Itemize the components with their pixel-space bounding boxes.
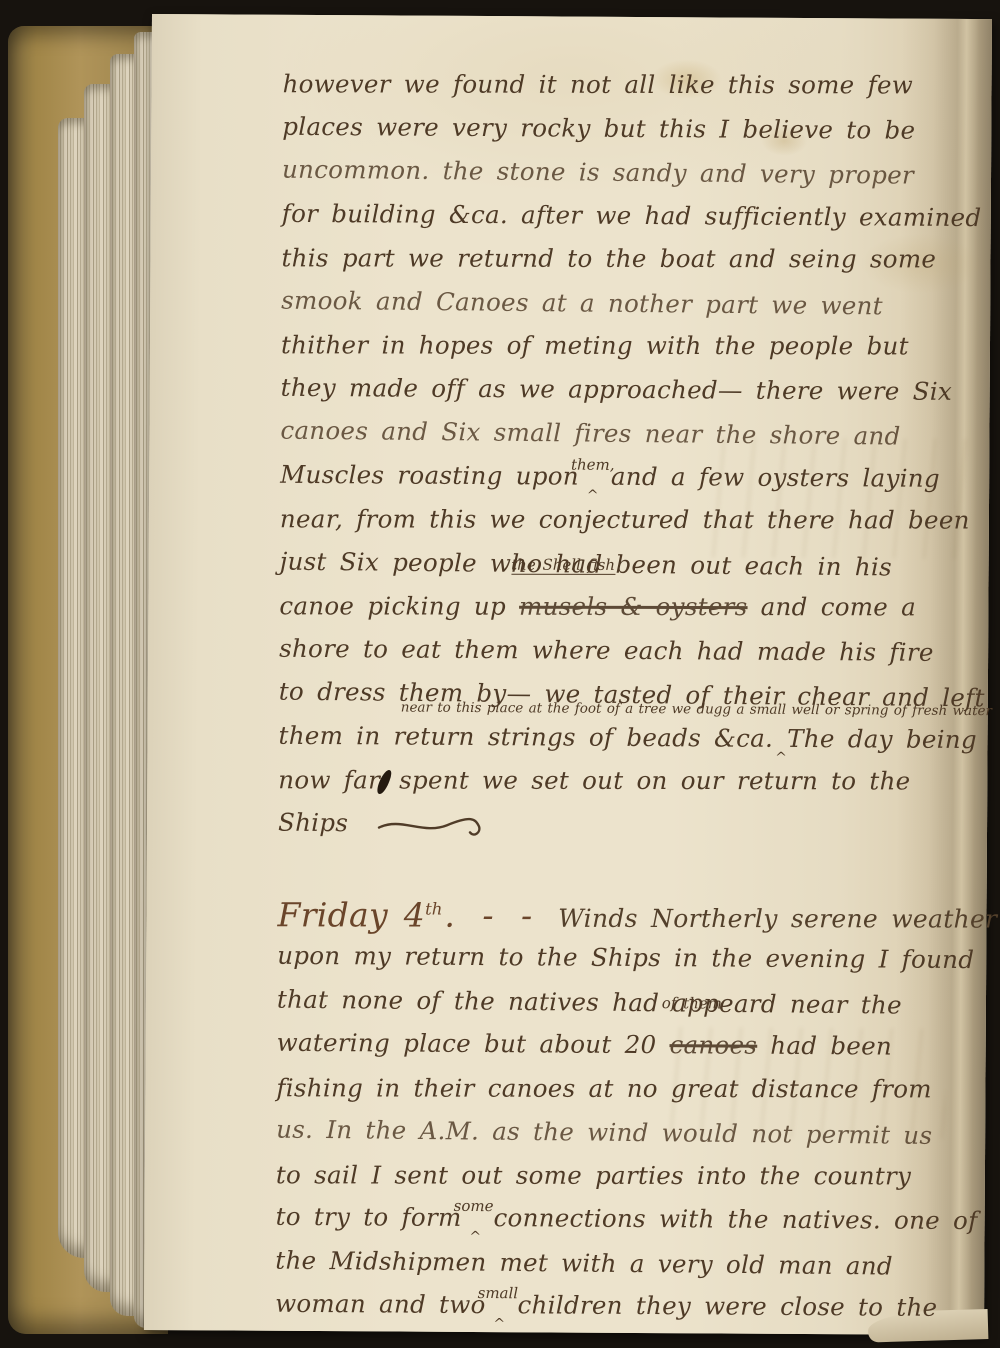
entry-date: Friday 4 xyxy=(277,895,425,934)
manuscript-line: uncommon. the stone is sandy and very pr… xyxy=(282,148,972,198)
caret-mark: ^ xyxy=(493,1317,505,1331)
strikethrough-text: musels & oysters xyxy=(519,592,748,621)
manuscript-line: to sail I sent out some parties into the… xyxy=(276,1153,966,1198)
manuscript-line: woman and twosmall^children they were cl… xyxy=(275,1282,965,1330)
manuscript-line: places were very rocky but this I believ… xyxy=(282,104,972,152)
manuscript-line: smook and Canoes at a nother part we wen… xyxy=(281,278,971,328)
manuscript-line: Muscles roasting uponthem,^and a few oys… xyxy=(280,452,970,500)
manuscript-line: for building &ca. after we had sufficien… xyxy=(282,191,972,239)
line-text: to try to form xyxy=(276,1202,462,1232)
line-text: Muscles roasting upon xyxy=(280,459,579,490)
manuscript-page: however we found it not all like this so… xyxy=(144,14,992,1335)
manuscript-line: the Midshipmen met with a very old man a… xyxy=(275,1238,965,1288)
heading-dashes: . - - xyxy=(444,896,538,935)
line-text: them in return strings of beads &ca. xyxy=(279,720,774,752)
correction: the Shell fishmusels & oysters xyxy=(519,585,748,629)
strikethrough-text: canoes xyxy=(669,1030,757,1060)
pen-flourish xyxy=(375,812,485,839)
line-text: now far xyxy=(278,765,380,794)
line-text: and a few oysters laying xyxy=(611,461,940,492)
line-text: children they were close to the xyxy=(517,1290,937,1322)
line-text: had been xyxy=(770,1031,892,1061)
manuscript-line: near, from this we conjectured that ther… xyxy=(280,497,970,542)
line-text: and come a xyxy=(761,592,917,621)
line-text: spent we set out on our return to the xyxy=(399,766,910,796)
manuscript-line: shore to eat them where each had made hi… xyxy=(279,626,969,674)
inserted-word: them, xyxy=(571,457,615,472)
manuscript-line: however we found it not all like this so… xyxy=(283,62,973,107)
manuscript-line: Ships xyxy=(278,800,968,850)
line-text: woman and two xyxy=(275,1289,486,1319)
manuscript-line: now farspent we set out on our return to… xyxy=(278,758,968,803)
line-text: watering place but about 20 xyxy=(277,1028,657,1059)
manuscript-line: to try to formsome^connections with the … xyxy=(276,1195,966,1243)
manuscript-line: fishing in their canoes at no great dist… xyxy=(276,1066,966,1111)
entry-heading: Friday 4th. - -Winds Northerly serene we… xyxy=(277,883,967,936)
ordinal-superscript: th xyxy=(425,900,442,919)
line-text: Ships xyxy=(278,807,348,837)
manuscript-line: upon my return to the Ships in the eveni… xyxy=(277,934,967,982)
inserted-word: small xyxy=(478,1286,519,1301)
manuscript-line: us. In the A.M. as the wind would not pe… xyxy=(276,1108,966,1158)
inserted-word: some xyxy=(454,1199,494,1214)
line-text: canoe picking up xyxy=(279,591,506,620)
manuscript-line: canoe picking up the Shell fishmusels & … xyxy=(279,584,969,629)
manuscript-line: that none of the natives had appeard nea… xyxy=(277,977,967,1027)
line-text: The day being xyxy=(787,723,977,753)
manuscript-text: however we found it not all like this so… xyxy=(275,61,973,1330)
inserted-word: the Shell fish xyxy=(511,558,615,575)
line-text: connections with the natives. one of xyxy=(493,1203,977,1235)
correction: of themcanoes xyxy=(669,1023,757,1067)
manuscript-line: just Six people who had been out each in… xyxy=(279,539,969,589)
manuscript-line: this part we returnd to the boat and sei… xyxy=(281,236,971,281)
inserted-word: of them xyxy=(662,996,722,1011)
weather-note: Winds Northerly serene weather xyxy=(558,904,997,934)
manuscript-line: they made off as we approached— there we… xyxy=(281,365,971,413)
manuscript-line: canoes and Six small fires near the shor… xyxy=(280,409,970,459)
manuscript-line: thither in hopes of meting with the peop… xyxy=(281,323,971,368)
manuscript-line: near to this place at the foot of a tree… xyxy=(278,713,968,761)
marginal-insertion: near to this place at the foot of a tree… xyxy=(401,701,992,718)
manuscript-line: watering place but about 20 of themcanoe… xyxy=(277,1021,967,1069)
